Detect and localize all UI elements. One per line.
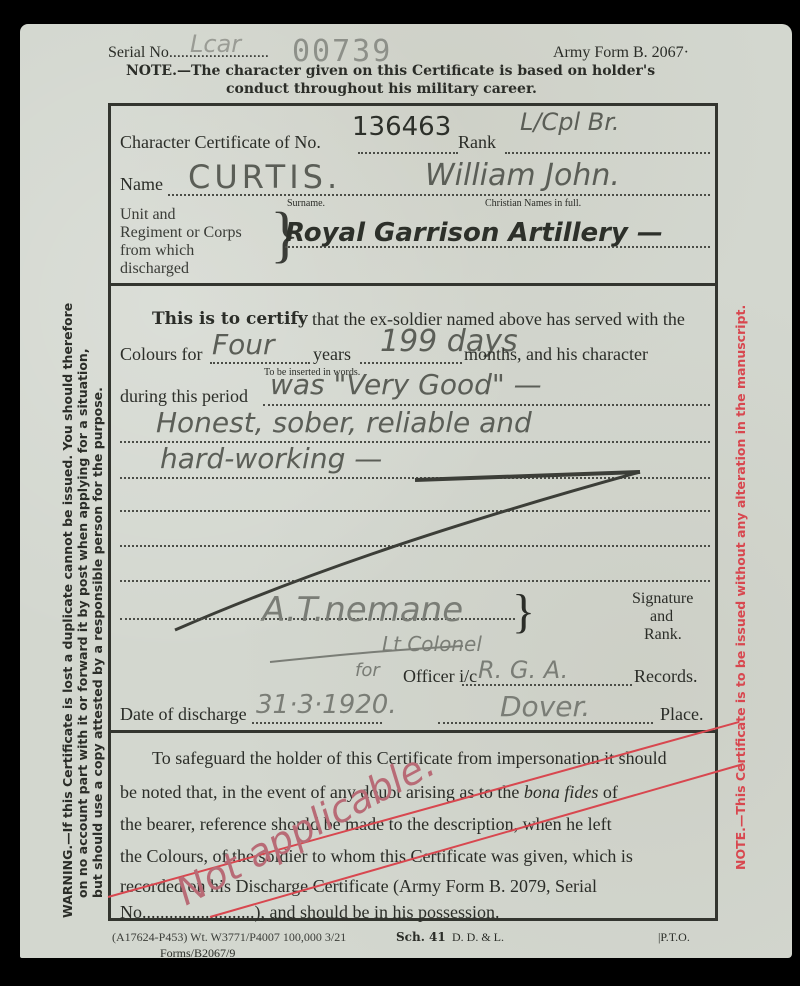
red-note: NOTE.—This Certificate is to be issued w… bbox=[733, 305, 748, 870]
section-divider-identity bbox=[108, 283, 718, 286]
unit-label-1: Unit and bbox=[120, 206, 176, 224]
signature-brace: } bbox=[512, 588, 535, 636]
section-divider-safeguard bbox=[108, 730, 718, 733]
colours-label: Colours for bbox=[120, 344, 203, 365]
safeguard-line-6: No.........................), and should… bbox=[120, 902, 500, 923]
serial-handwritten: Lcar bbox=[190, 30, 241, 58]
certificate-number-label: Character Certificate of No. bbox=[120, 132, 321, 153]
certificate-number: 136463 bbox=[352, 112, 451, 142]
discharge-date: 31·3·1920. bbox=[256, 690, 397, 720]
for-prefix: for bbox=[355, 660, 380, 681]
bona-fides: bona fides bbox=[524, 782, 599, 802]
warning-line-1: WARNING.—If this Certificate is lost a d… bbox=[60, 303, 75, 918]
note-line-1: NOTE.—The character given on this Certif… bbox=[126, 63, 655, 79]
forms-ref: Forms/B2067/9 bbox=[160, 946, 235, 961]
unit-label-4: discharged bbox=[120, 260, 189, 278]
warning-line-2: on no account part with it or forward it… bbox=[75, 348, 90, 898]
signature-label-3: Rank. bbox=[644, 626, 682, 644]
place-label: Place. bbox=[660, 704, 703, 725]
signature-label-1: Signature bbox=[632, 590, 693, 608]
form-id: Army Form B. 2067· bbox=[553, 44, 689, 62]
character-line-1: was "Very Good" — bbox=[270, 368, 542, 401]
schedule: Sch. 41 bbox=[396, 930, 446, 944]
name-label: Name bbox=[120, 174, 163, 195]
warning-line-3: but should use a copy attested by a resp… bbox=[90, 387, 105, 898]
rank-dots bbox=[505, 152, 710, 154]
months-dots bbox=[360, 362, 462, 364]
rank-label: Rank bbox=[458, 132, 496, 153]
certify-lead: This is to certify bbox=[152, 309, 308, 329]
note-line-2: conduct throughout his military career. bbox=[226, 81, 537, 97]
place-value: Dover. bbox=[500, 690, 590, 723]
period-label: during this period bbox=[120, 386, 248, 407]
surname-value: CURTIS. bbox=[188, 158, 341, 196]
christian-names-caption: Christian Names in full. bbox=[485, 198, 581, 209]
unit-value: Royal Garrison Artillery — bbox=[285, 218, 663, 248]
discharge-label: Date of discharge bbox=[120, 704, 247, 725]
rank-value: L/Cpl Br. bbox=[520, 108, 620, 136]
signature-value: A.T.nemane bbox=[262, 590, 463, 630]
pto: |P.T.O. bbox=[658, 930, 690, 945]
discharge-dots bbox=[252, 722, 382, 724]
officer-value: R. G. A. bbox=[478, 656, 568, 684]
signature-label-2: and bbox=[650, 608, 673, 626]
unit-label-2: Regiment or Corps bbox=[120, 224, 242, 242]
unit-label-3: from which bbox=[120, 242, 194, 260]
certificate-number-dots bbox=[358, 152, 458, 154]
years-dots bbox=[210, 362, 310, 364]
character-line-2: Honest, sober, reliable and bbox=[156, 406, 532, 439]
months-label: months, and his character bbox=[464, 344, 648, 365]
print-codes: (A17624-P453) Wt. W3771/P4007 100,000 3/… bbox=[112, 930, 346, 945]
officer-dots bbox=[462, 684, 632, 686]
years-label: years bbox=[313, 344, 351, 365]
printer: D. D. & L. bbox=[452, 930, 504, 945]
serial-label: Serial No......................... bbox=[108, 44, 269, 62]
christian-names-value: William John. bbox=[425, 158, 620, 193]
records-label: Records. bbox=[634, 666, 697, 687]
years-value: Four bbox=[212, 328, 275, 361]
